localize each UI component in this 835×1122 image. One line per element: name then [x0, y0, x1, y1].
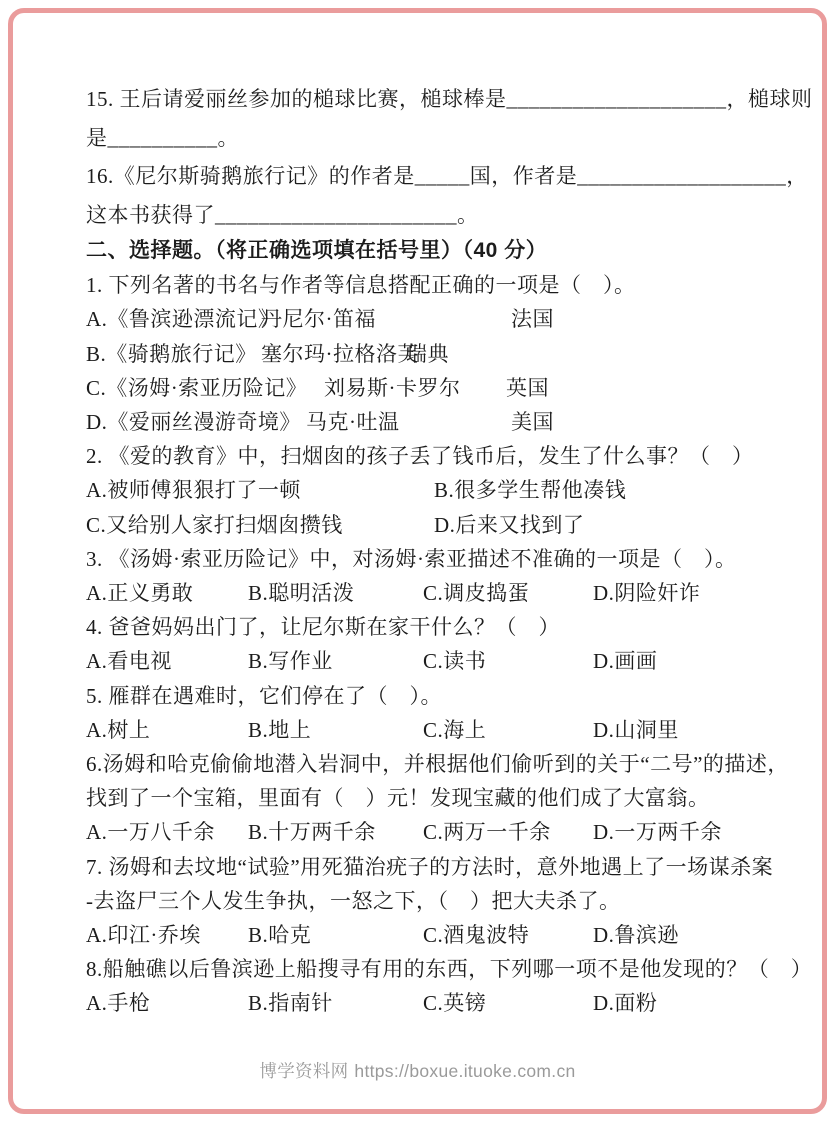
question-8-options: A.手枪 B.指南针 C.英镑 D.面粉: [86, 986, 793, 1020]
q6-option-a: A.一万八千余: [86, 815, 248, 849]
question-16-line-1: 16.《尼尔斯骑鹅旅行记》的作者是_____国，作者是_____________…: [86, 157, 793, 196]
question-4-options: A.看电视 B.写作业 C.读书 D.画画: [86, 644, 793, 678]
question-1-stem: 1. 下列名著的书名与作者等信息搭配正确的一项是（ ）。: [86, 268, 793, 302]
q1-c-country: 英国: [506, 371, 549, 405]
q8-option-b: B.指南针: [248, 986, 423, 1020]
q1-d-country: 美国: [511, 405, 554, 439]
question-2-options-row-2: C.又给别人家打扫烟囱攒钱 D.后来又找到了: [86, 508, 793, 542]
q1-a-book-title: A.《鲁滨逊漂流记》: [86, 302, 261, 336]
question-8-stem: 8.船触礁以后鲁滨逊上船搜寻有用的东西，下列哪一项不是他发现的？（ ）: [86, 952, 793, 986]
question-1-option-c: C.《汤姆·索亚历险记》 刘易斯·卡罗尔 英国: [86, 371, 793, 405]
q1-a-country: 法国: [511, 302, 554, 336]
question-5-options: A.树上 B.地上 C.海上 D.山洞里: [86, 713, 793, 747]
q2-option-b: B.很多学生帮他凑钱: [434, 473, 793, 507]
q5-option-a: A.树上: [86, 713, 248, 747]
question-2-stem: 2. 《爱的教育》中，扫烟囱的孩子丢了钱币后，发生了什么事？（ ）: [86, 439, 793, 473]
q5-option-d: D.山洞里: [593, 713, 793, 747]
q2-option-d: D.后来又找到了: [434, 508, 793, 542]
question-3-options: A.正义勇敢 B.聪明活泼 C.调皮捣蛋 D.阴险奸诈: [86, 576, 793, 610]
question-1-option-d: D.《爱丽丝漫游奇境》 马克·吐温 美国: [86, 405, 793, 439]
question-2-options-row-1: A.被师傅狠狠打了一顿 B.很多学生帮他凑钱: [86, 473, 793, 507]
q1-b-country: 瑞典: [406, 337, 449, 371]
q1-d-author: 马克·吐温: [306, 405, 511, 439]
question-6-stem-line-1: 6.汤姆和哈克偷偷地潜入岩洞中，并根据他们偷听到的关于“二号”的描述，: [86, 747, 793, 781]
q1-d-book-title: D.《爱丽丝漫游奇境》: [86, 405, 306, 439]
question-1-option-a: A.《鲁滨逊漂流记》 丹尼尔·笛福 法国: [86, 302, 793, 336]
q5-option-b: B.地上: [248, 713, 423, 747]
footer-site-url: https://boxue.ituoke.com.cn: [351, 1061, 578, 1081]
q7-option-b: B.哈克: [248, 918, 423, 952]
question-7-stem-line-2: -去盗尸三个人发生争执，一怒之下，（ ）把大夫杀了。: [86, 884, 793, 918]
q5-option-c: C.海上: [423, 713, 593, 747]
q4-option-a: A.看电视: [86, 644, 248, 678]
q3-option-c: C.调皮捣蛋: [423, 576, 593, 610]
question-16-line-2: 这本书获得了______________________。: [86, 196, 793, 235]
question-6-stem-line-2: 找到了一个宝箱，里面有（ ）元！发现宝藏的他们成了大富翁。: [86, 781, 793, 815]
q6-option-b: B.十万两千余: [248, 815, 423, 849]
q7-option-d: D.鲁滨逊: [593, 918, 793, 952]
question-7-options: A.印江·乔埃 B.哈克 C.酒鬼波特 D.鲁滨逊: [86, 918, 793, 952]
q4-option-c: C.读书: [423, 644, 593, 678]
q8-option-a: A.手枪: [86, 986, 248, 1020]
q8-option-c: C.英镑: [423, 986, 593, 1020]
multiple-choice-section: 二、选择题。（将正确选项填在括号里）（40 分） 1. 下列名著的书名与作者等信…: [86, 234, 793, 1021]
section-2-heading: 二、选择题。（将正确选项填在括号里）（40 分）: [86, 234, 793, 268]
q3-option-d: D.阴险奸诈: [593, 576, 793, 610]
q1-b-author: 塞尔玛·拉格洛芙: [261, 337, 406, 371]
q2-option-a: A.被师傅狠狠打了一顿: [86, 473, 434, 507]
q1-a-author: 丹尼尔·笛福: [261, 302, 511, 336]
q7-option-a: A.印江·乔埃: [86, 918, 248, 952]
question-1-option-b: B.《骑鹅旅行记》 塞尔玛·拉格洛芙 瑞典: [86, 337, 793, 371]
question-6-options: A.一万八千余 B.十万两千余 C.两万一千余 D.一万两千余: [86, 815, 793, 849]
q7-option-c: C.酒鬼波特: [423, 918, 593, 952]
footer-watermark: 博学资料网https://boxue.ituoke.com.cn: [0, 1058, 835, 1083]
q4-option-d: D.画画: [593, 644, 793, 678]
q6-option-d: D.一万两千余: [593, 815, 793, 849]
q3-option-b: B.聪明活泼: [248, 576, 423, 610]
q1-c-author: 刘易斯·卡罗尔: [324, 371, 506, 405]
question-15-line-2: 是__________。: [86, 119, 793, 158]
footer-site-name: 博学资料网: [256, 1061, 351, 1081]
worksheet-body: 15. 王后请爱丽丝参加的槌球比赛，槌球棒是__________________…: [86, 80, 793, 1021]
q6-option-c: C.两万一千余: [423, 815, 593, 849]
q2-option-c: C.又给别人家打扫烟囱攒钱: [86, 508, 434, 542]
fill-in-section: 15. 王后请爱丽丝参加的槌球比赛，槌球棒是__________________…: [86, 80, 793, 234]
q4-option-b: B.写作业: [248, 644, 423, 678]
q1-c-book-title: C.《汤姆·索亚历险记》: [86, 371, 324, 405]
question-5-stem: 5. 雁群在遇难时，它们停在了（ ）。: [86, 679, 793, 713]
q3-option-a: A.正义勇敢: [86, 576, 248, 610]
question-7-stem-line-1: 7. 汤姆和去坟地“试验”用死猫治疣子的方法时，意外地遇上了一场谋杀案: [86, 850, 793, 884]
q1-b-book-title: B.《骑鹅旅行记》: [86, 337, 261, 371]
q8-option-d: D.面粉: [593, 986, 793, 1020]
question-4-stem: 4. 爸爸妈妈出门了，让尼尔斯在家干什么？（ ）: [86, 610, 793, 644]
question-15-line-1: 15. 王后请爱丽丝参加的槌球比赛，槌球棒是__________________…: [86, 80, 793, 119]
question-3-stem: 3. 《汤姆·索亚历险记》中，对汤姆·索亚描述不准确的一项是（ ）。: [86, 542, 793, 576]
